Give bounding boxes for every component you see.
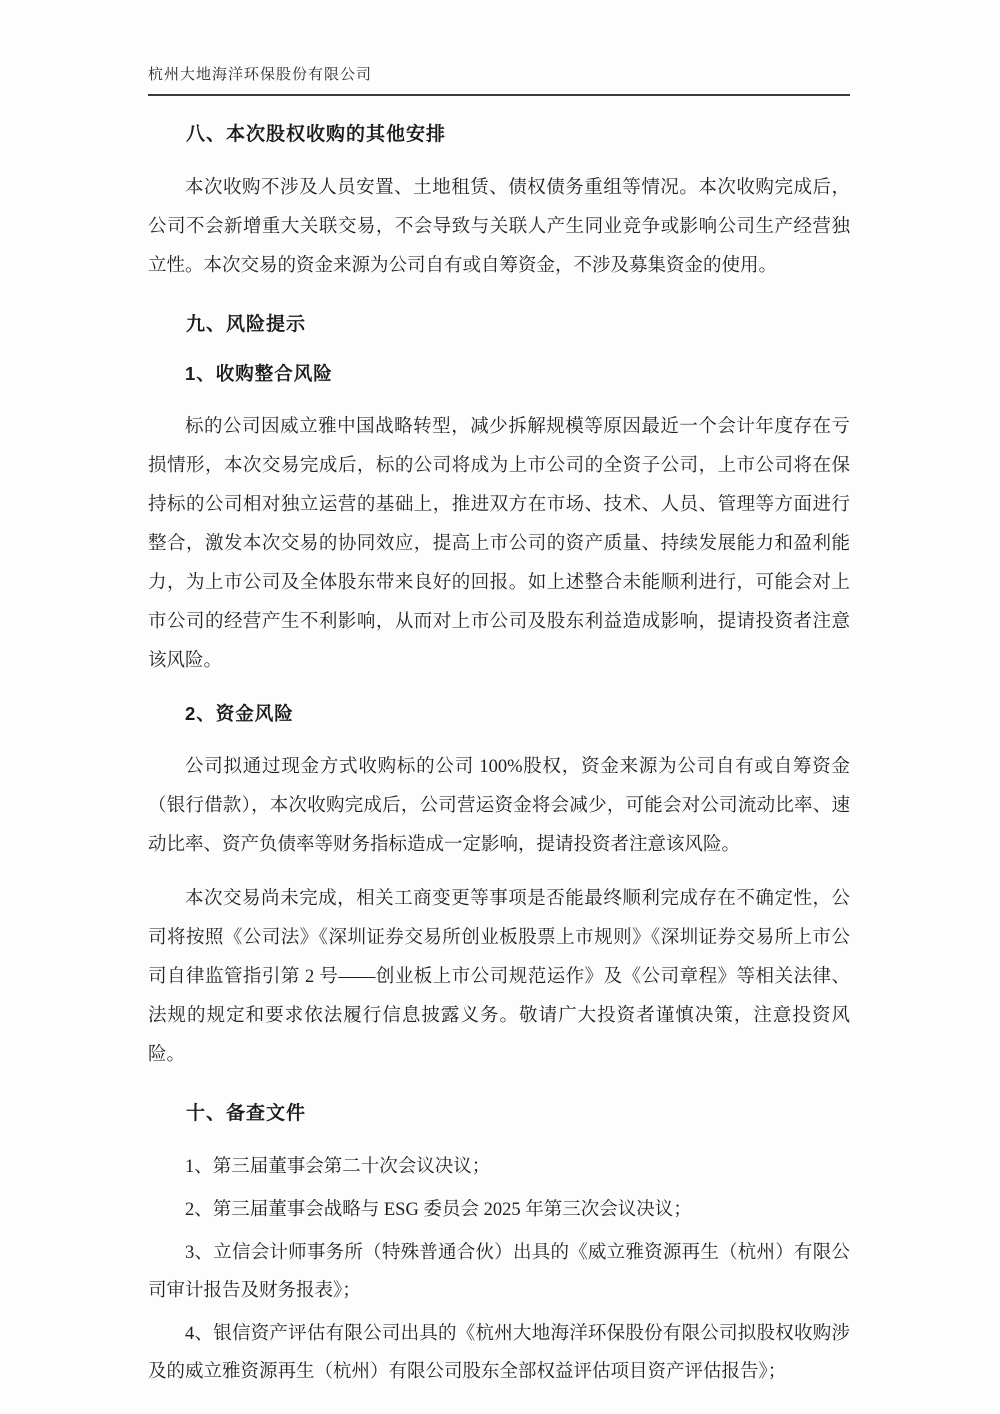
section-heading-other-arrangements: 八、本次股权收购的其他安排: [148, 120, 850, 150]
reference-document-item-4: 4、银信资产评估有限公司出具的《杭州大地海洋环保股份有限公司拟股权收购涉及的威立…: [148, 1315, 850, 1391]
paragraph-other-arrangements: 本次收购不涉及人员安置、土地租赁、债权债务重组等情况。本次收购完成后，公司不会新…: [148, 169, 850, 286]
subheading-integration-risk: 1、收购整合风险: [148, 359, 850, 389]
reference-document-item-2: 2、第三届董事会战略与 ESG 委员会 2025 年第三次会议决议；: [148, 1191, 850, 1229]
page-header-company-name: 杭州大地海洋环保股份有限公司: [148, 64, 850, 96]
paragraph-funding-risk: 公司拟通过现金方式收购标的公司 100%股权，资金来源为公司自有或自筹资金（银行…: [148, 748, 850, 865]
section-heading-risk-notice: 九、风险提示: [148, 310, 850, 340]
document-page: 杭州大地海洋环保股份有限公司 八、本次股权收购的其他安排 本次收购不涉及人员安置…: [0, 0, 1000, 1414]
reference-document-item-1: 1、第三届董事会第二十次会议决议；: [148, 1148, 850, 1186]
reference-document-item-3: 3、立信会计师事务所（特殊普通合伙）出具的《威立雅资源再生（杭州）有限公司审计报…: [148, 1234, 850, 1310]
subheading-funding-risk: 2、资金风险: [148, 699, 850, 729]
section-heading-reference-documents: 十、备查文件: [148, 1099, 850, 1129]
paragraph-integration-risk: 标的公司因威立雅中国战略转型，减少拆解规模等原因最近一个会计年度存在亏损情形，本…: [148, 408, 850, 681]
paragraph-transaction-uncertainty: 本次交易尚未完成，相关工商变更等事项是否能最终顺利完成存在不确定性，公司将按照《…: [148, 880, 850, 1075]
